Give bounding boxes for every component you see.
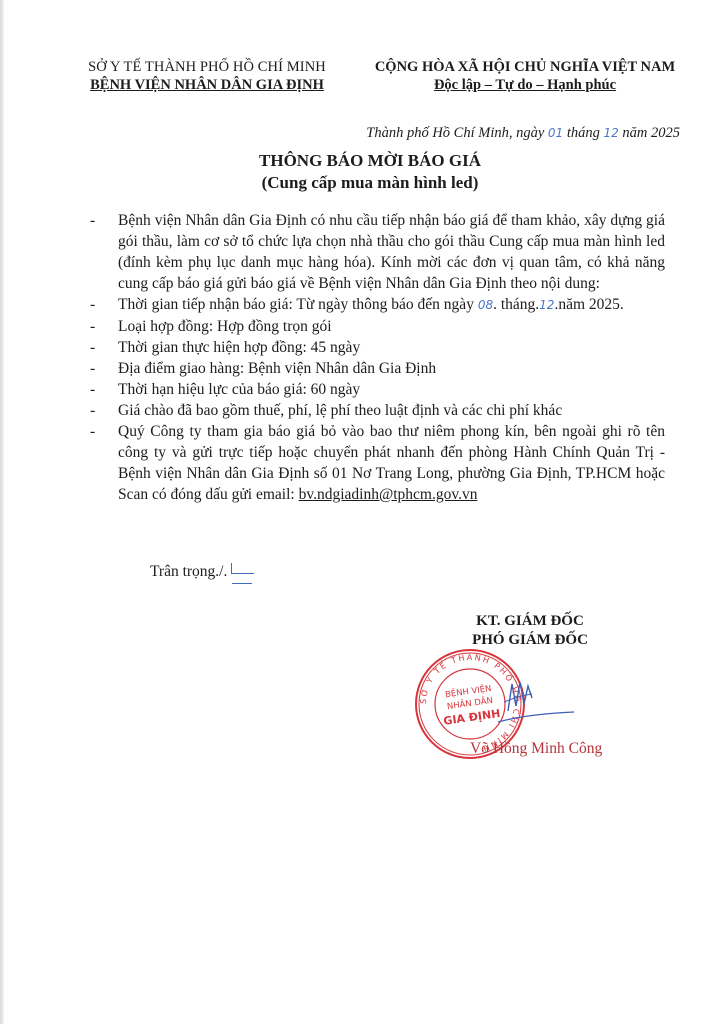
list-item: - Địa điểm giao hàng: Bệnh viện Nhân dân… [90, 358, 665, 379]
dash-bullet: - [90, 379, 95, 400]
document-title: THÔNG BÁO MỜI BÁO GIÁ (Cung cấp mua màn … [150, 150, 590, 194]
initial-underline-icon [232, 583, 252, 584]
agency-name: SỞ Y TẾ THÀNH PHỐ HỒ CHÍ MINH [62, 58, 352, 76]
closing-text: Trân trọng./. [150, 563, 227, 580]
handwritten-deadline-month: 12 [539, 298, 554, 312]
document-body: - Bệnh viện Nhân dân Gia Định có nhu cầu… [90, 210, 665, 505]
item-text-mid: . tháng. [493, 296, 539, 313]
month-label: tháng [563, 125, 603, 141]
dash-bullet: - [90, 421, 95, 442]
national-motto: Độc lập – Tự do – Hạnh phúc [360, 76, 690, 94]
dash-bullet: - [90, 316, 95, 337]
initial-mark-icon [231, 563, 254, 574]
item-text: Thời gian thực hiện hợp đồng: 45 ngày [118, 339, 360, 356]
header-issuer: SỞ Y TẾ THÀNH PHỐ HỒ CHÍ MINH BỆNH VIỆN … [62, 58, 352, 94]
signature-title: KT. GIÁM ĐỐC PHÓ GIÁM ĐỐC [440, 612, 620, 650]
dash-bullet: - [90, 358, 95, 379]
handwritten-deadline-day: 08 [478, 298, 493, 312]
national-title: CỘNG HÒA XÃ HỘI CHỦ NGHĨA VIỆT NAM [360, 58, 690, 76]
item-text: Thời hạn hiệu lực của báo giá: 60 ngày [118, 381, 360, 398]
handwritten-day: 01 [548, 126, 563, 140]
email-link[interactable]: bv.ndgiadinh@tphcm.gov.vn [299, 486, 478, 503]
place-date-prefix: Thành phố Hồ Chí Minh, ngày [366, 125, 548, 141]
dash-bullet: - [90, 294, 95, 315]
title-subtitle: (Cung cấp mua màn hình led) [150, 172, 590, 194]
signer-name: Võ Hồng Minh Công [470, 740, 602, 758]
list-item: - Thời hạn hiệu lực của báo giá: 60 ngày [90, 379, 665, 400]
list-item: - Thời gian tiếp nhận báo giá: Từ ngày t… [90, 294, 665, 316]
closing: Trân trọng./. [150, 563, 254, 581]
list-item: - Loại hợp đồng: Hợp đồng trọn gói [90, 316, 665, 337]
handwritten-signature-icon [498, 676, 578, 726]
item-text: Thời gian tiếp nhận báo giá: Từ ngày thô… [118, 296, 478, 313]
item-text: Giá chào đã bao gồm thuế, phí, lệ phí th… [118, 402, 562, 419]
signature-line-1: KT. GIÁM ĐỐC [440, 612, 620, 631]
organization-name: BỆNH VIỆN NHÂN DÂN GIA ĐỊNH [62, 76, 352, 94]
page-edge [0, 0, 4, 1024]
dash-bullet: - [90, 210, 95, 231]
place-date: Thành phố Hồ Chí Minh, ngày 01 tháng 12 … [366, 125, 680, 142]
item-text: Địa điểm giao hàng: Bệnh viện Nhân dân G… [118, 360, 436, 377]
year-label: năm 2025 [619, 125, 680, 141]
item-text: Loại hợp đồng: Hợp đồng trọn gói [118, 318, 332, 335]
title-main: THÔNG BÁO MỜI BÁO GIÁ [150, 150, 590, 172]
item-text: Bệnh viện Nhân dân Gia Định có nhu cầu t… [118, 212, 665, 292]
dash-bullet: - [90, 400, 95, 421]
handwritten-month: 12 [603, 126, 618, 140]
header-national: CỘNG HÒA XÃ HỘI CHỦ NGHĨA VIỆT NAM Độc l… [360, 58, 690, 94]
list-item: - Quý Công ty tham gia báo giá bỏ vào ba… [90, 421, 665, 505]
list-item: - Giá chào đã bao gồm thuế, phí, lệ phí … [90, 400, 665, 421]
dash-bullet: - [90, 337, 95, 358]
list-item: - Bệnh viện Nhân dân Gia Định có nhu cầu… [90, 210, 665, 294]
item-text-suffix: .năm 2025. [554, 296, 623, 313]
list-item: - Thời gian thực hiện hợp đồng: 45 ngày [90, 337, 665, 358]
